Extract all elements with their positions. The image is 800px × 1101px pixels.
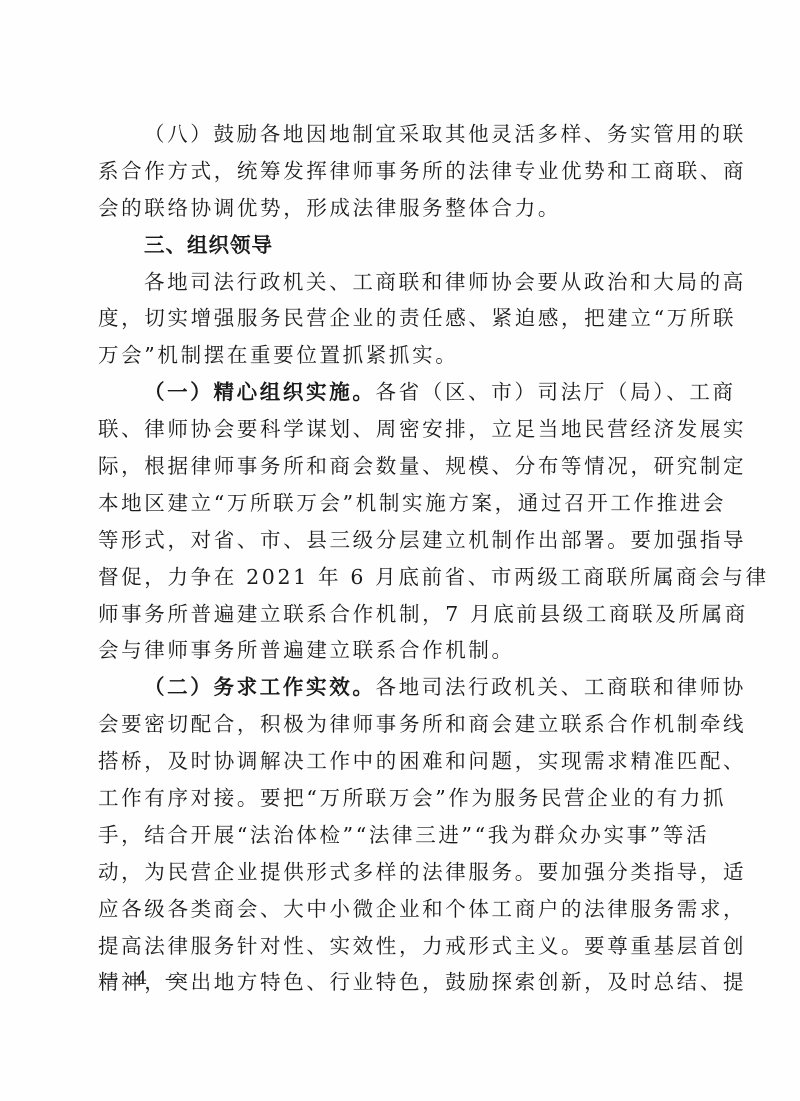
text-line: 联、律师协会要科学谋划、周密安排，立足当地民营经济发展实 [98, 411, 704, 448]
text-line: 系合作方式，统筹发挥律师事务所的法律专业优势和工商联、商 [98, 153, 704, 190]
paragraph-item-1: （一）精心组织实施。各省（区、市）司法厅（局）、工商 联、律师协会要科学谋划、周… [98, 374, 704, 669]
item-lead: （一）精心组织实施。 [144, 380, 376, 404]
text-line: 际，根据律师事务所和商会数量、规模、分布等情况，研究制定 [98, 448, 704, 485]
text-line: 师事务所普遍建立联系合作机制，7 月底前县级工商联及所属商 [98, 596, 704, 633]
text-line: 提高法律服务针对性、实效性，力戒形式主义。要尊重基层首创 [98, 928, 704, 965]
page-number: — 4 — [100, 968, 189, 989]
section-heading: 三、组织领导 [98, 227, 704, 264]
text-line: 手，结合开展“法治体检”“法律三进”“我为群众办实事”等活 [98, 817, 704, 854]
text-line: 会要密切配合，积极为律师事务所和商会建立联系合作机制牵线 [98, 706, 704, 743]
paragraph-item-8: （八）鼓励各地因地制宜采取其他灵活多样、务实管用的联 系合作方式，统筹发挥律师事… [98, 116, 704, 227]
text-line: 督促，力争在 2021 年 6 月底前省、市两级工商联所属商会与律 [98, 559, 704, 596]
document-page: （八）鼓励各地因地制宜采取其他灵活多样、务实管用的联 系合作方式，统筹发挥律师事… [0, 0, 800, 1101]
text-line: 应各级各类商会、大中小微企业和个体工商户的法律服务需求， [98, 891, 704, 928]
text-line: 度，切实增强服务民营企业的责任感、紧迫感，把建立“万所联 [98, 300, 704, 337]
document-body: （八）鼓励各地因地制宜采取其他灵活多样、务实管用的联 系合作方式，统筹发挥律师事… [98, 116, 704, 1001]
text-line: 本地区建立“万所联万会”机制实施方案，通过召开工作推进会 [98, 485, 704, 522]
text-line: 搭桥，及时协调解决工作中的困难和问题，实现需求精准匹配、 [98, 743, 704, 780]
paragraph-item-2: （二）务求工作实效。各地司法行政机关、工商联和律师协 会要密切配合，积极为律师事… [98, 669, 704, 1001]
text-line: 等形式，对省、市、县三级分层建立机制作出部署。要加强指导 [98, 522, 704, 559]
item-lead: （八） [144, 122, 213, 146]
item-lead: （二）务求工作实效。 [144, 675, 376, 699]
text-line: 万会”机制摆在重要位置抓紧抓实。 [98, 337, 704, 374]
text-line: 会的联络协调优势，形成法律服务整体合力。 [98, 190, 704, 227]
text-line: （二）务求工作实效。各地司法行政机关、工商联和律师协 [98, 669, 704, 706]
text-line: 会与律师事务所普遍建立联系合作机制。 [98, 632, 704, 669]
text-line: 各地司法行政机关、工商联和律师协会要从政治和大局的高 [98, 264, 704, 301]
text-line: （一）精心组织实施。各省（区、市）司法厅（局）、工商 [98, 374, 704, 411]
paragraph-intro: 各地司法行政机关、工商联和律师协会要从政治和大局的高 度，切实增强服务民营企业的… [98, 264, 704, 375]
text-line: 工作有序对接。要把“万所联万会”作为服务民营企业的有力抓 [98, 780, 704, 817]
text-line: （八）鼓励各地因地制宜采取其他灵活多样、务实管用的联 [98, 116, 704, 153]
text-line: 动，为民营企业提供形式多样的法律服务。要加强分类指导，适 [98, 854, 704, 891]
